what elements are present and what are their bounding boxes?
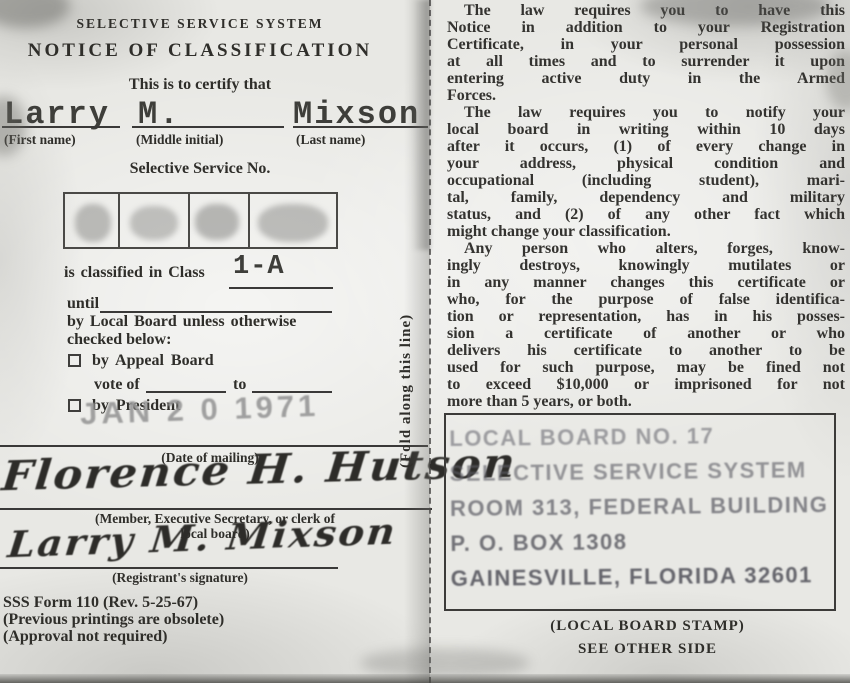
appeal-board-checkbox xyxy=(68,354,81,367)
text-line: at all times and to surrender it upon xyxy=(447,53,845,70)
board-stamp: LOCAL BOARD NO. 17 SELECTIVE SERVICE SYS… xyxy=(449,417,837,596)
redaction-smudge xyxy=(195,204,239,240)
scanned-document: SELECTIVE SERVICE SYSTEM NOTICE OF CLASS… xyxy=(0,0,850,683)
service-number-grid xyxy=(63,192,338,249)
text-line: The law requires you to notify your xyxy=(447,104,845,121)
legal-paragraph-2: The law requires you to notify yourlocal… xyxy=(447,104,845,240)
form-number: SSS Form 110 (Rev. 5-25-67) xyxy=(3,594,198,612)
text-line: Certificate, in your personal possession xyxy=(447,36,845,53)
registrant-label: (Registrant's signature) xyxy=(60,570,300,586)
text-line: entering active duty in the Armed xyxy=(447,70,845,87)
scan-bottom-edge xyxy=(0,674,850,683)
date-stamp: JAN 2 0 1971 xyxy=(79,388,319,432)
grid-divider xyxy=(188,194,190,247)
text-line: used for such purpose, may be fined not xyxy=(447,359,845,376)
class-rule xyxy=(229,287,333,289)
form-note-1: (Previous printings are obsolete) xyxy=(3,611,224,629)
appeal-board-label: by Appeal Board xyxy=(92,352,214,370)
text-line: to exceed $10,000 or imprisoned for not xyxy=(447,376,845,393)
legal-paragraph-3: Any person who alters, forges, know-ingl… xyxy=(447,240,845,410)
redaction-smudge xyxy=(258,204,328,242)
text-line: local board in writing within 10 days xyxy=(447,121,845,138)
middle-initial-rule xyxy=(132,126,284,128)
text-line: tion or representation, has in his posse… xyxy=(447,308,845,325)
grid-divider xyxy=(118,194,120,247)
board-stamp-line: SELECTIVE SERVICE SYSTEM xyxy=(449,452,835,491)
text-line: status, and (2) of any other fact which xyxy=(447,206,845,223)
legal-text-column: The law requires you to have thisNotice … xyxy=(447,2,845,410)
text-line: who, for the purpose of false identifica… xyxy=(447,291,845,308)
fold-label: (Fold along this line) xyxy=(398,238,415,468)
middle-initial-label: (Middle initial) xyxy=(136,132,223,148)
registrant-signature-rule xyxy=(0,567,338,569)
text-line: ingly destroys, knowingly mutilates or xyxy=(447,257,845,274)
board-stamp-line: P. O. BOX 1308 xyxy=(450,522,836,561)
text-line: Forces. xyxy=(447,87,845,104)
redaction-smudge xyxy=(130,206,178,240)
card-title: NOTICE OF CLASSIFICATION xyxy=(15,40,385,62)
local-board-line: by Local Board unless otherwise xyxy=(67,313,296,331)
until-label: until xyxy=(67,295,99,313)
grid-divider xyxy=(248,194,250,247)
form-note-2: (Approval not required) xyxy=(3,628,167,646)
board-stamp-line: GAINESVILLE, FLORIDA 32601 xyxy=(451,557,837,596)
text-line: delivers his certificate to another to b… xyxy=(447,342,845,359)
clerk-signature: Florence H. Hutson xyxy=(0,438,519,500)
text-line: might change your classification. xyxy=(447,223,845,240)
text-line: occupational (including student), mari- xyxy=(447,172,845,189)
text-line: sion a certificate of another or who xyxy=(447,325,845,342)
text-line: after it occurs, (1) of every change in xyxy=(447,138,845,155)
certify-line: This is to certify that xyxy=(40,76,360,94)
vote-of-label: vote of xyxy=(94,376,140,394)
text-line: tal, family, dependency and military xyxy=(447,189,845,206)
text-line: in any manner changes this certificate o… xyxy=(447,274,845,291)
service-number-label: Selective Service No. xyxy=(40,160,360,178)
clerk-signature-rule xyxy=(0,508,432,510)
board-stamp-line: ROOM 313, FEDERAL BUILDING xyxy=(450,487,836,526)
fold-crease-shadow-top xyxy=(412,0,430,250)
redaction-smudge xyxy=(75,204,111,242)
class-value: 1-A xyxy=(233,252,285,282)
fold-line xyxy=(429,0,431,683)
last-name-label: (Last name) xyxy=(296,132,365,148)
text-line: Any person who alters, forges, know- xyxy=(447,240,845,257)
text-line: your address, physical condition and xyxy=(447,155,845,172)
text-line: more than 5 years, or both. xyxy=(447,393,845,410)
board-stamp-line: LOCAL BOARD NO. 17 xyxy=(449,417,835,456)
card-agency-heading: SELECTIVE SERVICE SYSTEM xyxy=(40,16,360,32)
class-prefix: is classified in Class xyxy=(64,264,205,282)
board-stamp-caption: (LOCAL BOARD STAMP) xyxy=(460,618,835,635)
checked-below-line: checked below: xyxy=(67,331,171,349)
